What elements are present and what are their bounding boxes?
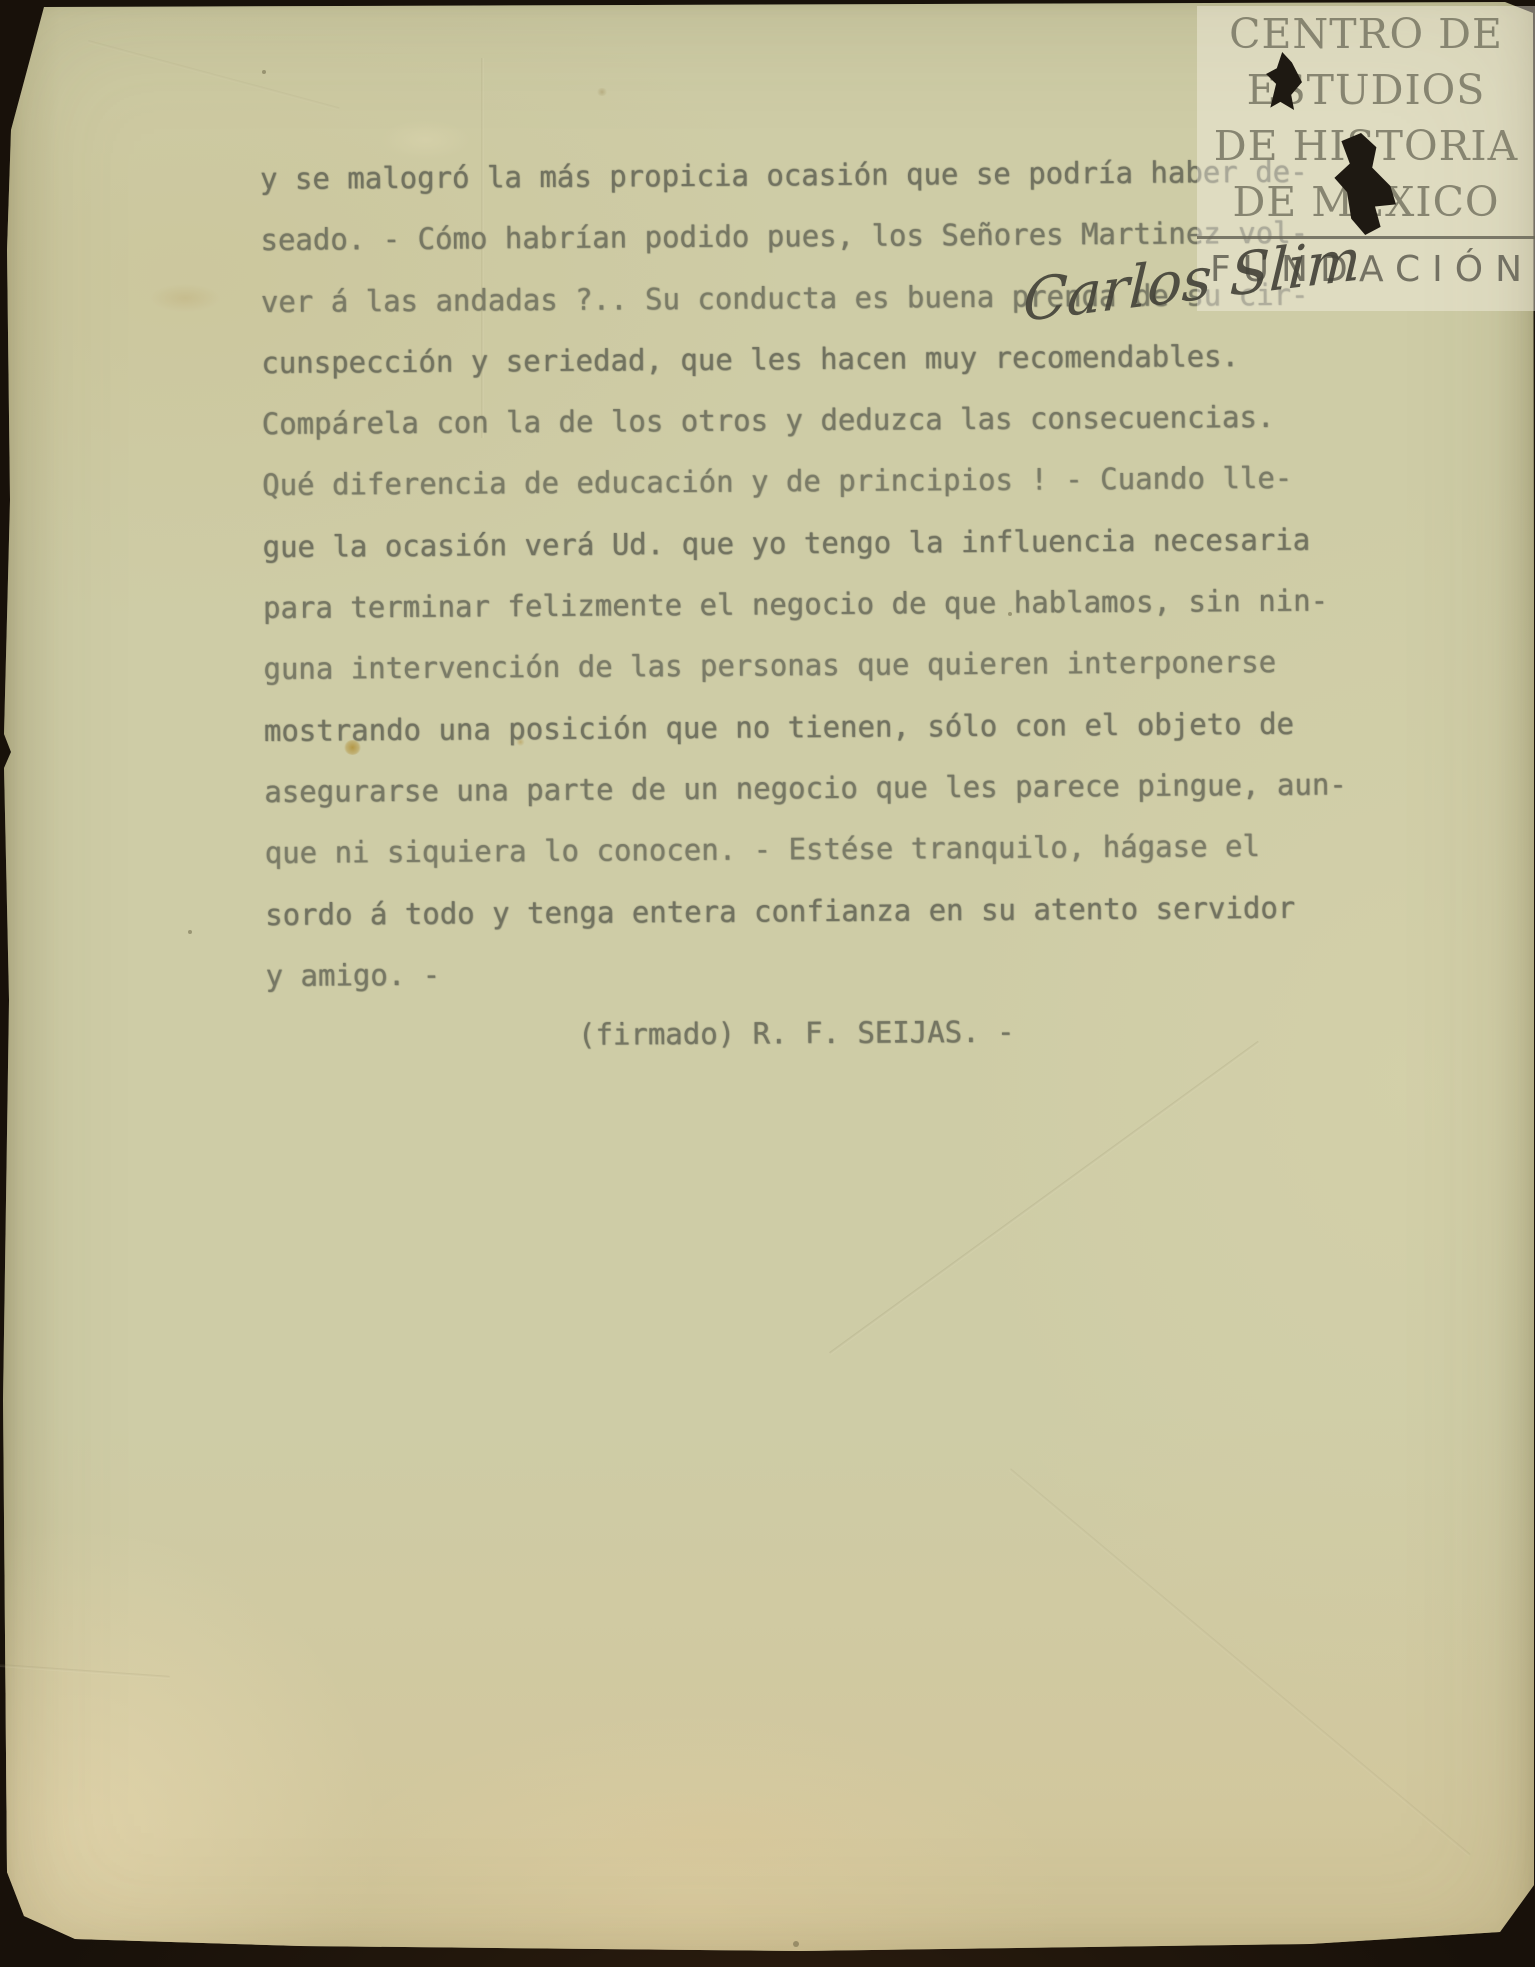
typewritten-line: y amigo. - — [265, 938, 1405, 1007]
typewritten-line: que ni siquiera lo conocen. - Estése tra… — [265, 815, 1405, 884]
paper-stain — [150, 284, 220, 312]
paper-speck — [262, 70, 266, 74]
typewritten-line: mostrando una posición que no tienen, só… — [264, 693, 1404, 762]
closing-signature-line: (firmado) R. F. SEIJAS. - — [266, 999, 1406, 1068]
typewritten-line: gue la ocasión verá Ud. que yo tengo la … — [262, 509, 1402, 578]
scanned-document: y se malogró la más propicia ocasión que… — [0, 0, 1535, 1967]
typewritten-line: guna intervención de las personas que qu… — [263, 631, 1403, 700]
watermark-title-line: CENTRO DE — [1197, 6, 1535, 62]
typewritten-line: asegurarse una parte de un negocio que l… — [264, 754, 1404, 823]
paper-speck — [793, 1941, 799, 1947]
typewritten-line: para terminar felizmente el negocio de q… — [263, 570, 1403, 639]
paper-speck — [188, 930, 192, 934]
typewritten-line: cunspección y seriedad, que les hacen mu… — [261, 325, 1401, 394]
paper-stain — [596, 88, 608, 96]
typewritten-line: Compárela con la de los otros y deduzca … — [262, 386, 1402, 455]
watermark-title-line: ESTUDIOS — [1197, 62, 1535, 118]
typewritten-line: sordo á todo y tenga entera confianza en… — [265, 877, 1405, 946]
paper-stain — [560, 1790, 880, 1880]
typewritten-line: Qué diferencia de educación y de princip… — [262, 448, 1402, 517]
